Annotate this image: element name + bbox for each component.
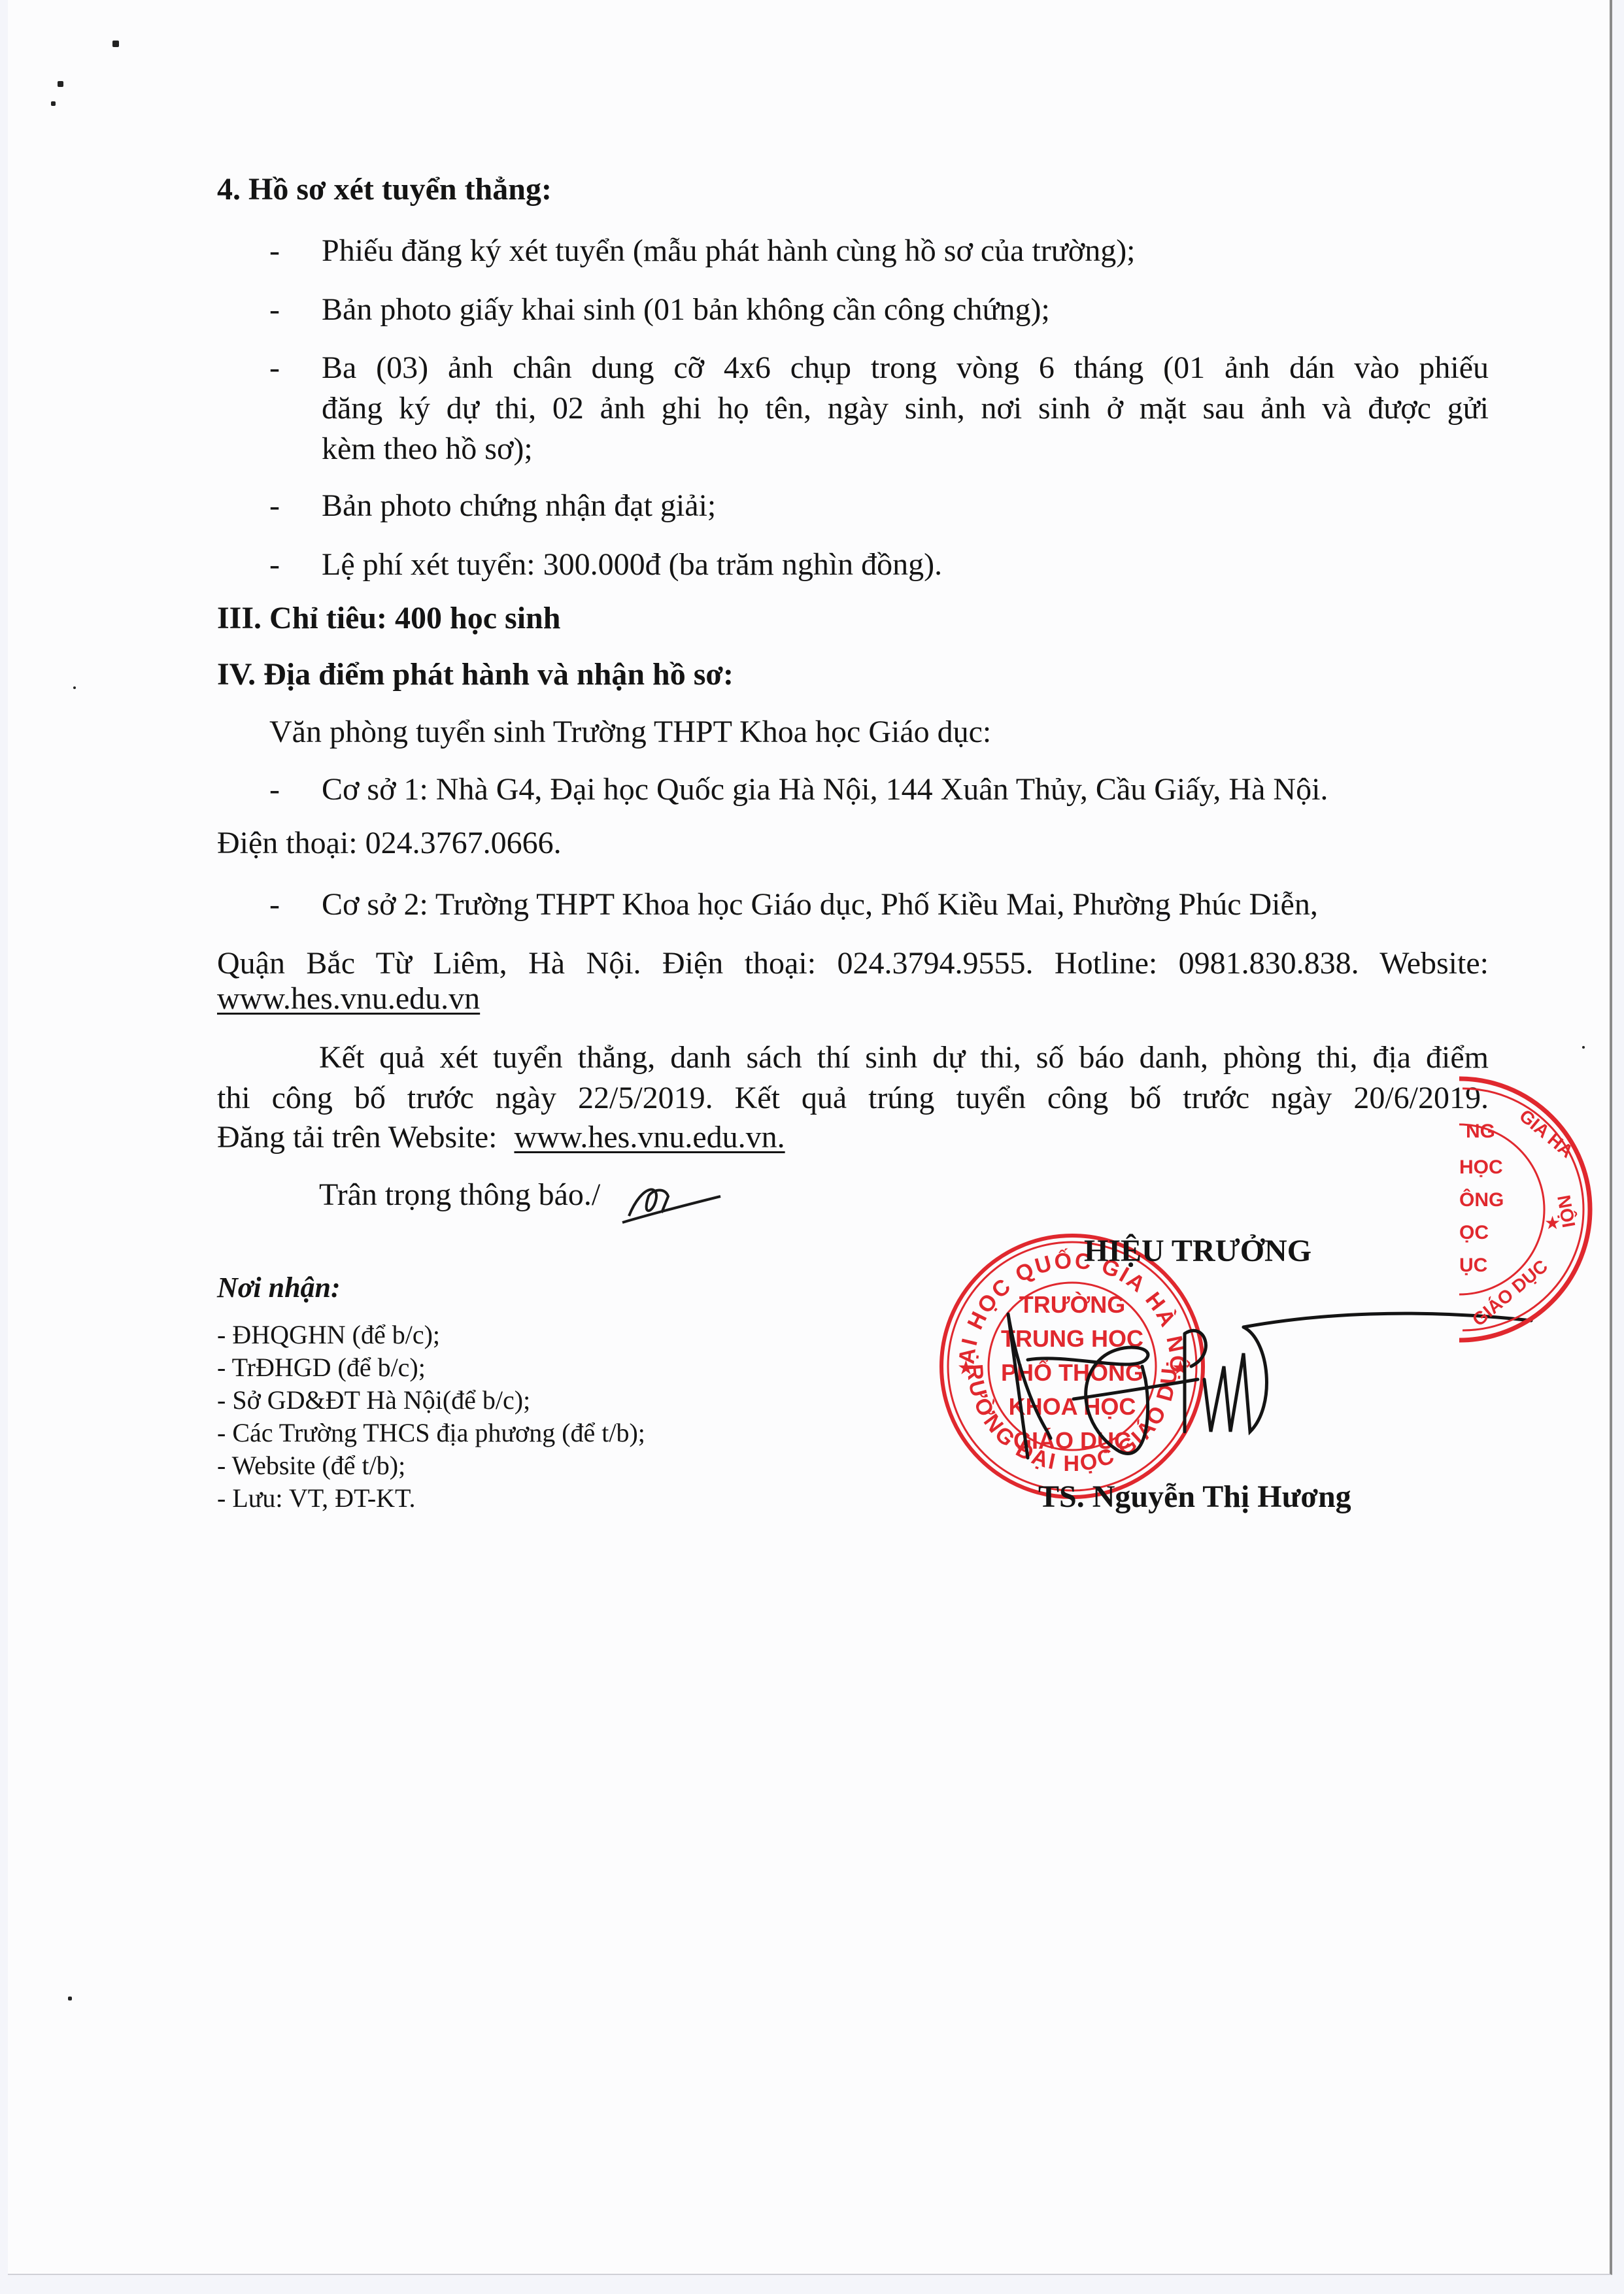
bullet: - bbox=[269, 350, 280, 386]
bullet: - bbox=[269, 886, 280, 923]
results-line-3: Đăng tải trên Website: www.hes.vnu.edu.v… bbox=[217, 1119, 785, 1156]
bullet: - bbox=[269, 547, 280, 583]
campus-2-address: Cơ sở 2: Trường THPT Khoa học Giáo dục, … bbox=[322, 886, 1318, 923]
signature-title: HIỆU TRƯỞNG bbox=[1084, 1233, 1311, 1270]
results-line-1: Kết quả xét tuyển thẳng, danh sách thí s… bbox=[319, 1039, 1489, 1076]
scan-speck bbox=[51, 101, 56, 106]
section-iv-heading: IV. Địa điểm phát hành và nhận hồ sơ: bbox=[217, 656, 734, 693]
document-page: 4. Hồ sơ xét tuyển thẳng: - Phiếu đăng k… bbox=[8, 0, 1612, 2275]
recipient-item: - Sở GD&ĐT Hà Nội(để b/c); bbox=[217, 1385, 530, 1416]
recipient-item: - Website (để t/b); bbox=[217, 1450, 405, 1481]
campus-2-contact: Quận Bắc Từ Liêm, Hà Nội. Điện thoại: 02… bbox=[217, 945, 1489, 982]
bullet: - bbox=[269, 233, 280, 269]
svg-text:★: ★ bbox=[957, 1357, 975, 1379]
scan-speck bbox=[68, 1997, 72, 2000]
scan-speck bbox=[112, 41, 119, 47]
campus-1-address: Cơ sở 1: Nhà G4, Đại học Quốc gia Hà Nội… bbox=[322, 771, 1328, 808]
list-item: Lệ phí xét tuyển: 300.000đ (ba trăm nghì… bbox=[322, 547, 942, 583]
campus-2-website-link[interactable]: www.hes.vnu.edu.vn bbox=[217, 981, 480, 1017]
bullet: - bbox=[269, 771, 280, 808]
scan-speck bbox=[73, 686, 76, 689]
bullet: - bbox=[269, 292, 280, 328]
recipient-item: - ĐHQGHN (để b/c); bbox=[217, 1319, 440, 1351]
svg-text:HỌC: HỌC bbox=[1459, 1156, 1503, 1178]
bullet: - bbox=[269, 488, 280, 524]
results-line-2: thi công bố trước ngày 22/5/2019. Kết qu… bbox=[217, 1080, 1489, 1117]
list-item-continuation: kèm theo hồ sơ); bbox=[322, 431, 533, 467]
recipient-item: - Các Trường THCS địa phương (để t/b); bbox=[217, 1417, 645, 1449]
list-item: Bản photo chứng nhận đạt giải; bbox=[322, 488, 716, 524]
svg-text:NG: NG bbox=[1466, 1121, 1495, 1142]
initial-mark-icon bbox=[616, 1177, 734, 1229]
list-item-continuation: đăng ký dự thi, 02 ảnh ghi họ tên, ngày … bbox=[322, 390, 1489, 427]
list-item: Phiếu đăng ký xét tuyển (mẫu phát hành c… bbox=[322, 233, 1136, 269]
svg-text:ÔNG: ÔNG bbox=[1459, 1189, 1504, 1211]
list-item: Bản photo giấy khai sinh (01 bản không c… bbox=[322, 292, 1050, 328]
list-item: Ba (03) ảnh chân dung cỡ 4x6 chụp trong … bbox=[322, 350, 1489, 386]
scan-speck bbox=[58, 81, 63, 87]
admission-office: Văn phòng tuyển sinh Trường THPT Khoa họ… bbox=[269, 714, 991, 751]
svg-text:ỌC: ỌC bbox=[1459, 1222, 1489, 1243]
section-4-heading: 4. Hồ sơ xét tuyển thẳng: bbox=[217, 171, 552, 208]
signatory-name: TS. Nguyễn Thị Hương bbox=[1038, 1479, 1351, 1515]
results-line-3-prefix: Đăng tải trên Website: bbox=[217, 1120, 497, 1155]
closing-remark: Trân trọng thông báo./ bbox=[319, 1177, 600, 1213]
recipient-item: - Lưu: VT, ĐT-KT. bbox=[217, 1483, 416, 1514]
campus-1-phone: Điện thoại: 024.3767.0666. bbox=[217, 825, 562, 862]
partial-seal-icon: NG HỌC ÔNG ỌC ỤC ★ GIA HÀ NỘI GIÁO DỤC bbox=[1446, 1072, 1610, 1347]
scan-speck bbox=[1582, 1046, 1585, 1049]
recipient-item: - TrĐHGD (để b/c); bbox=[217, 1352, 426, 1383]
recipients-title: Nơi nhận: bbox=[217, 1270, 341, 1306]
results-website-link[interactable]: www.hes.vnu.edu.vn. bbox=[514, 1120, 785, 1155]
svg-text:ỤC: ỤC bbox=[1459, 1255, 1487, 1276]
section-iii-heading: III. Chỉ tiêu: 400 học sinh bbox=[217, 600, 560, 637]
